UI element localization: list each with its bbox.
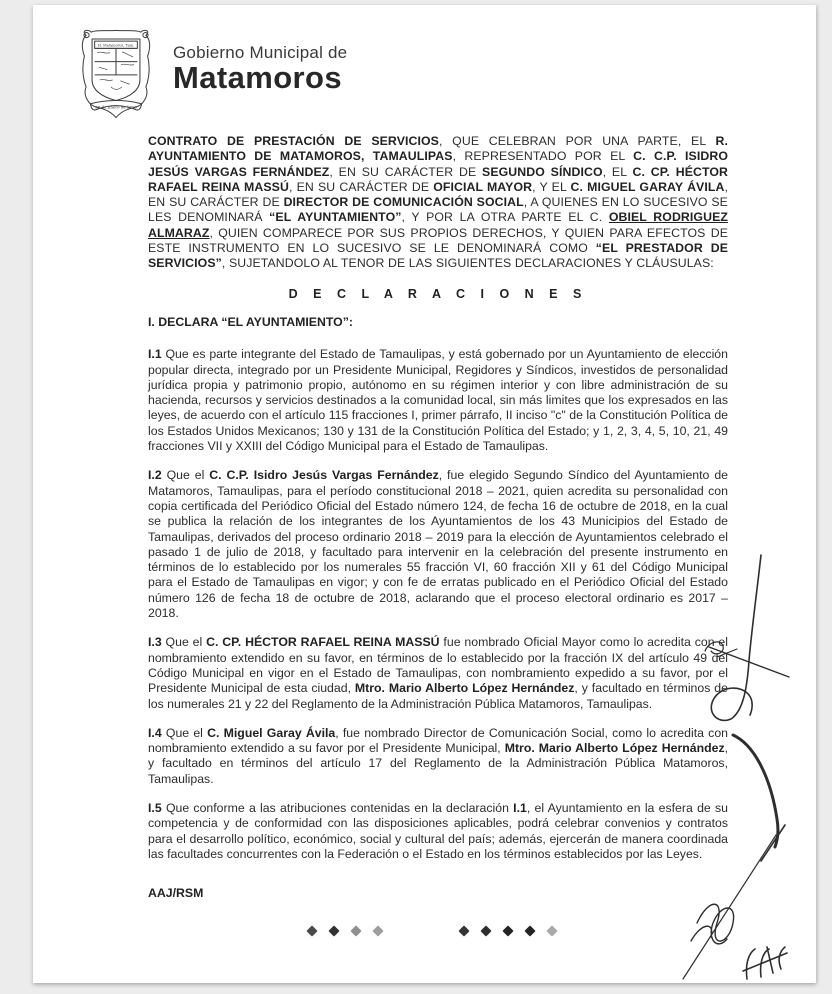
diamond-icon xyxy=(372,925,383,936)
diamond-separator-group xyxy=(460,927,556,935)
document-header: H. Matamoros, Tam. 28 de Enero de 1826 G… xyxy=(33,5,816,121)
diamond-icon xyxy=(458,925,469,936)
diamond-separator-group xyxy=(308,927,382,935)
clause-paragraph-i2: I.2 Que el C. C.P. Isidro Jesús Vargas F… xyxy=(148,468,728,621)
coat-of-arms-icon: H. Matamoros, Tam. 28 de Enero de 1826 xyxy=(73,27,159,121)
organization-name: Gobierno Municipal de Matamoros xyxy=(173,43,347,96)
org-name-line2: Matamoros xyxy=(173,60,347,96)
diamond-icon xyxy=(350,925,361,936)
clause-paragraph-i4: I.4 Que el C. Miguel Garay Ávila, fue no… xyxy=(148,726,728,787)
section-heading-declara-ayuntamiento: I. DECLARA “EL AYUNTAMIENTO”: xyxy=(148,315,728,330)
diamond-icon xyxy=(502,925,513,936)
footer-diamond-separators xyxy=(308,927,556,935)
clause-paragraph-i5: I.5 Que conforme a las atribuciones cont… xyxy=(148,801,728,862)
diamond-icon xyxy=(306,925,317,936)
declarations-title: D E C L A R A C I O N E S xyxy=(148,287,728,302)
crest-banner-date-text: 28 de Enero de 1826 xyxy=(95,105,137,110)
diamond-icon xyxy=(480,925,491,936)
diamond-icon xyxy=(328,925,339,936)
clause-paragraph-i1: I.1 Que es parte integrante del Estado d… xyxy=(148,347,728,454)
footer-reference-initials: AAJ/RSM xyxy=(148,886,728,901)
diamond-icon xyxy=(546,925,557,936)
document-page: H. Matamoros, Tam. 28 de Enero de 1826 G… xyxy=(33,5,816,983)
crest-banner-top-text: H. Matamoros, Tam. xyxy=(98,43,134,47)
contract-body: CONTRATO DE PRESTACIÓN DE SERVICIOS, QUE… xyxy=(33,121,816,901)
diamond-icon xyxy=(524,925,535,936)
intro-paragraph: CONTRATO DE PRESTACIÓN DE SERVICIOS, QUE… xyxy=(148,134,728,272)
clause-paragraph-i3: I.3 Que el C. CP. HÉCTOR RAFAEL REINA MA… xyxy=(148,635,728,711)
